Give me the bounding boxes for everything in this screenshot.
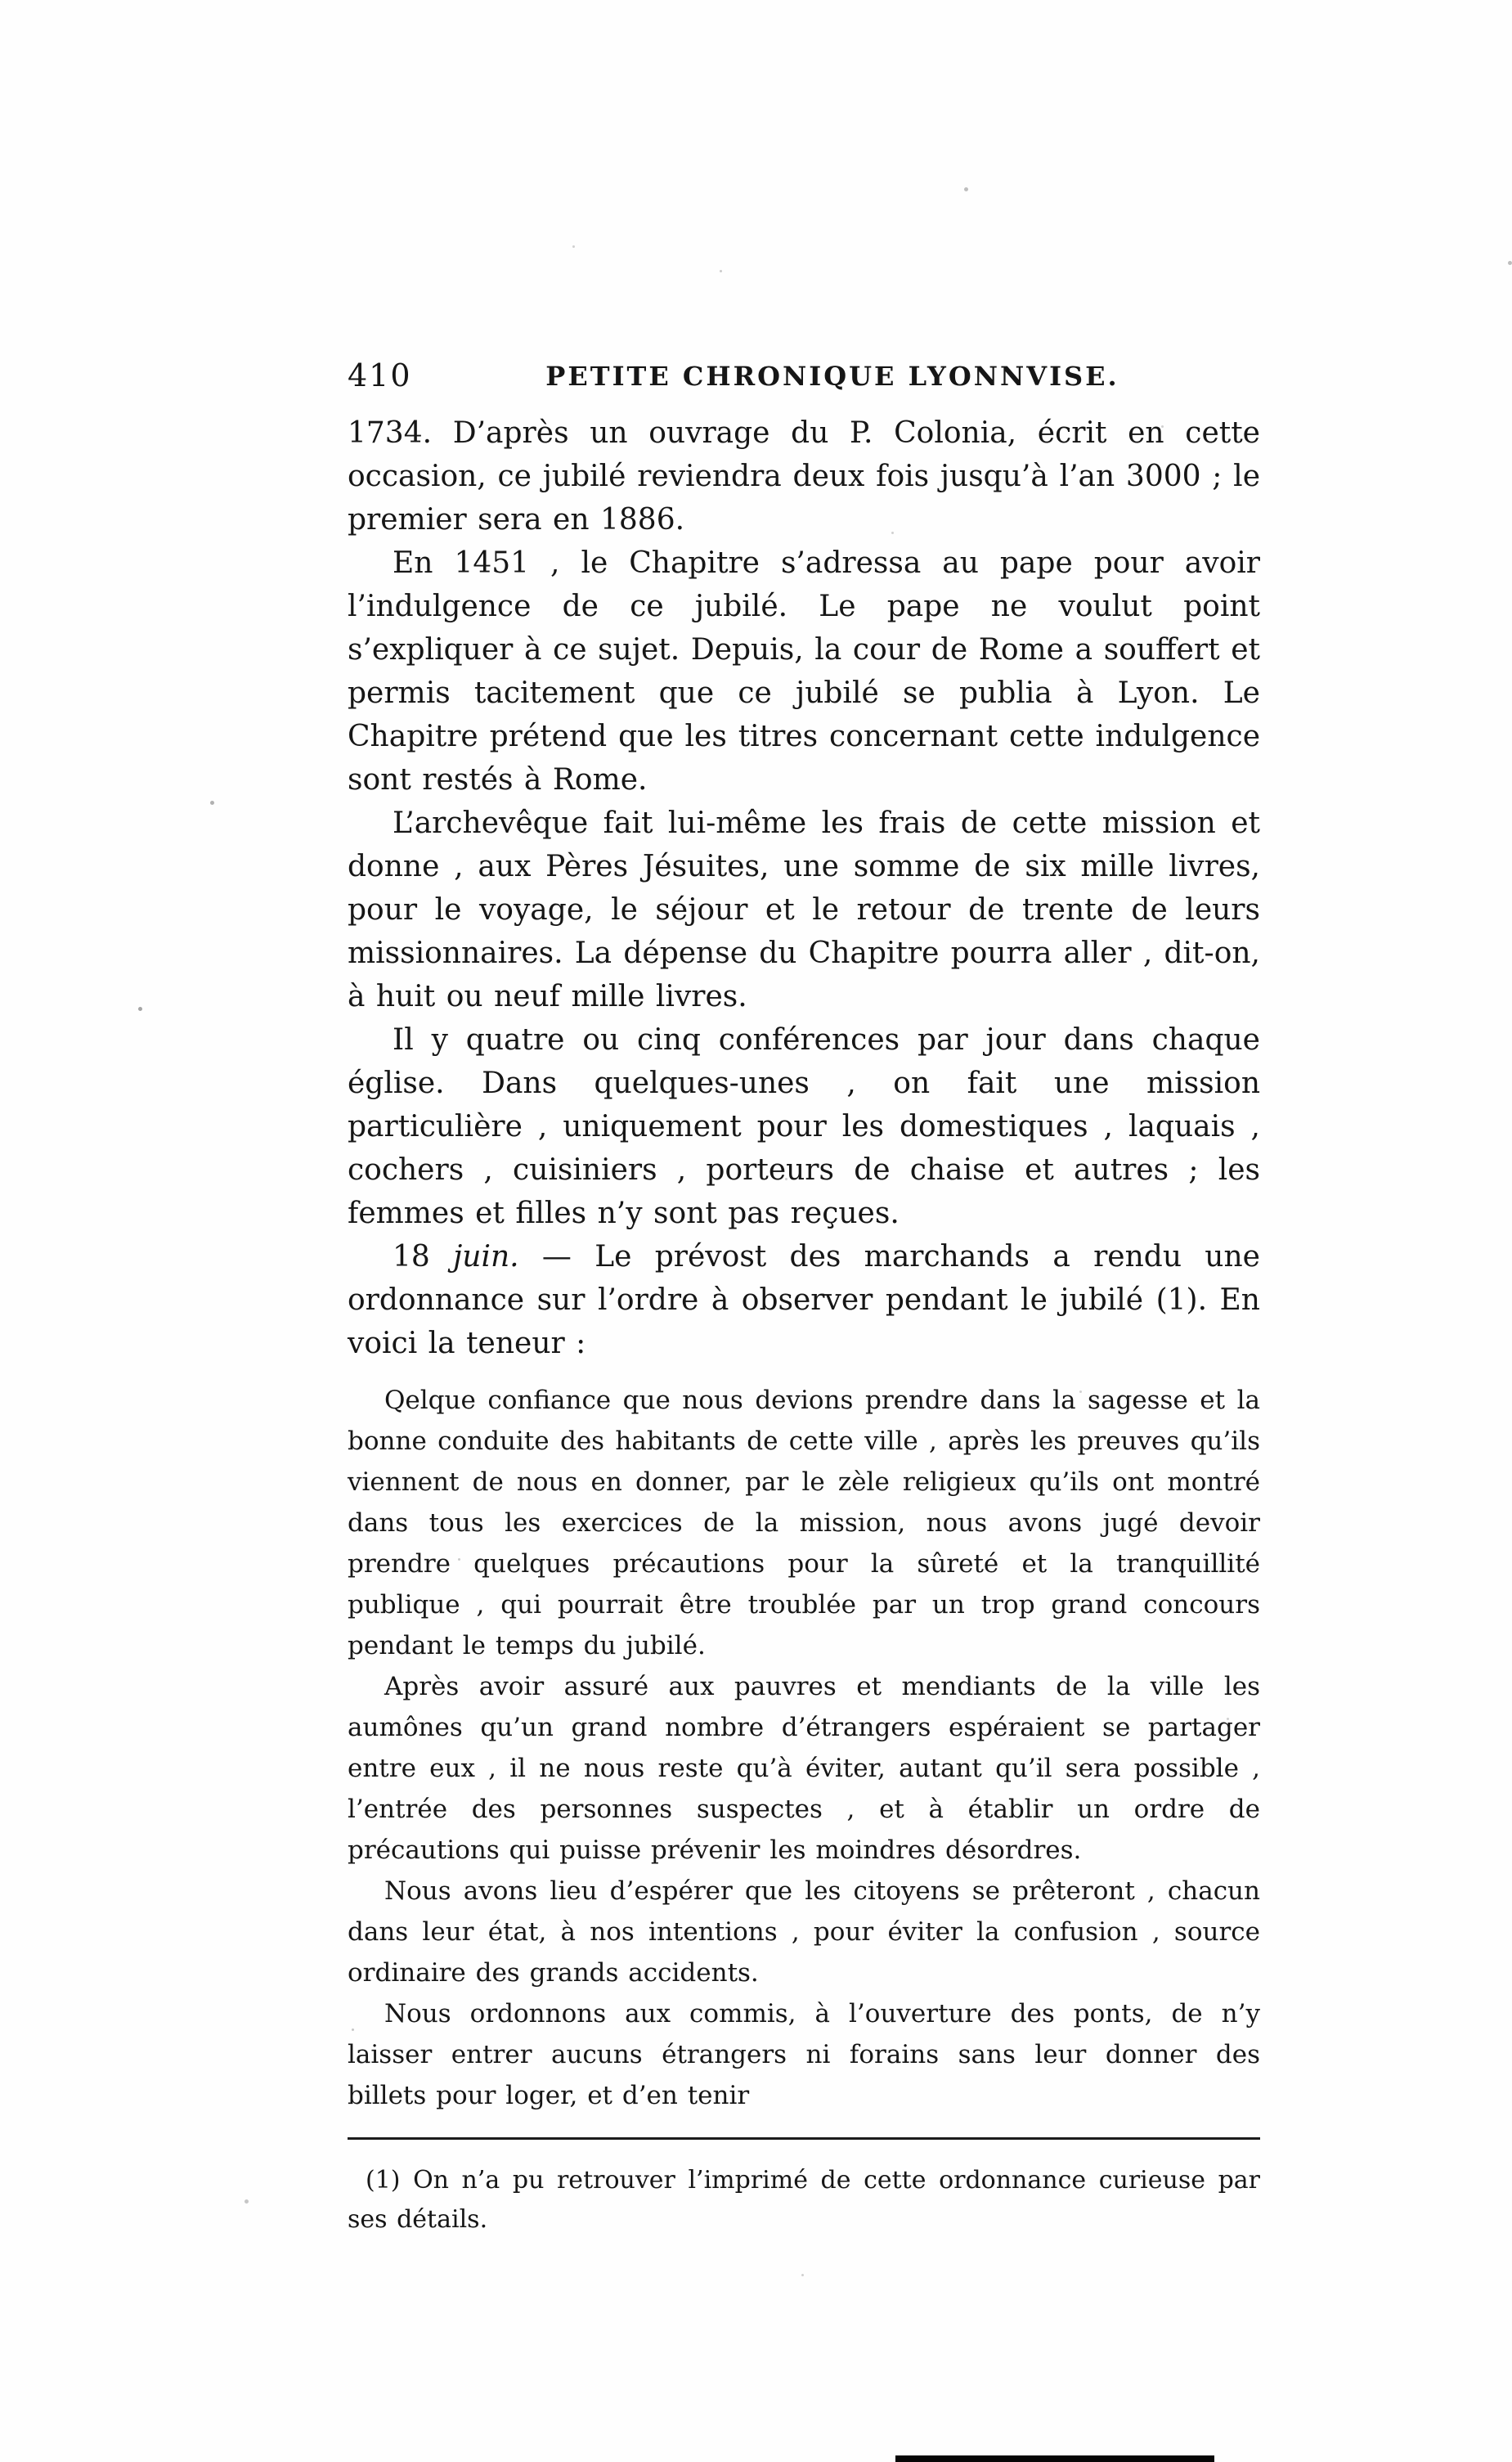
paragraph: 1734. D’après un ouvrage du P. Colonia, … [348,411,1260,541]
scanned-book-page: 410 PETITE CHRONIQUE LYONNVISE. 1734. D’… [0,0,1512,2462]
main-text-block: 1734. D’après un ouvrage du P. Colonia, … [348,411,1260,1365]
paragraph: Il y quatre ou cinq conférences par jour… [348,1018,1260,1235]
scan-speckles [0,0,2,2]
running-title: PETITE CHRONIQUE LYONNVISE. [348,361,1260,392]
text-column: 410 PETITE CHRONIQUE LYONNVISE. 1734. D’… [348,357,1260,2240]
page-header: 410 PETITE CHRONIQUE LYONNVISE. [348,357,1260,405]
footnote-separator-rule [348,2137,1260,2140]
ordinance-paragraph: Nous ordonnons aux commis, à l’ouverture… [348,1993,1260,2116]
paragraph: L’archevêque fait lui-même les frais de … [348,802,1260,1018]
ordinance-quote-block: Qelque confiance que nous devions prendr… [348,1380,1260,2116]
entry-date-word: juin. [453,1240,519,1274]
ordinance-paragraph: Qelque confiance que nous devions prendr… [348,1380,1260,1666]
scan-edge-artifact [895,2455,1214,2462]
paragraph: En 1451 , le Chapitre s’adressa au pape … [348,541,1260,802]
footnote-block: (1) On n’a pu retrouver l’imprimé de cet… [348,2161,1260,2240]
dated-entry-paragraph: 18 juin. — Le prévost des marchands a re… [348,1235,1260,1365]
ordinance-paragraph: Après avoir assuré aux pauvres et mendia… [348,1666,1260,1871]
footnote-text: (1) On n’a pu retrouver l’imprimé de cet… [348,2161,1260,2240]
ordinance-paragraph: Nous avons lieu d’espérer que les citoye… [348,1871,1260,1993]
entry-date-number: 18 [393,1240,453,1274]
